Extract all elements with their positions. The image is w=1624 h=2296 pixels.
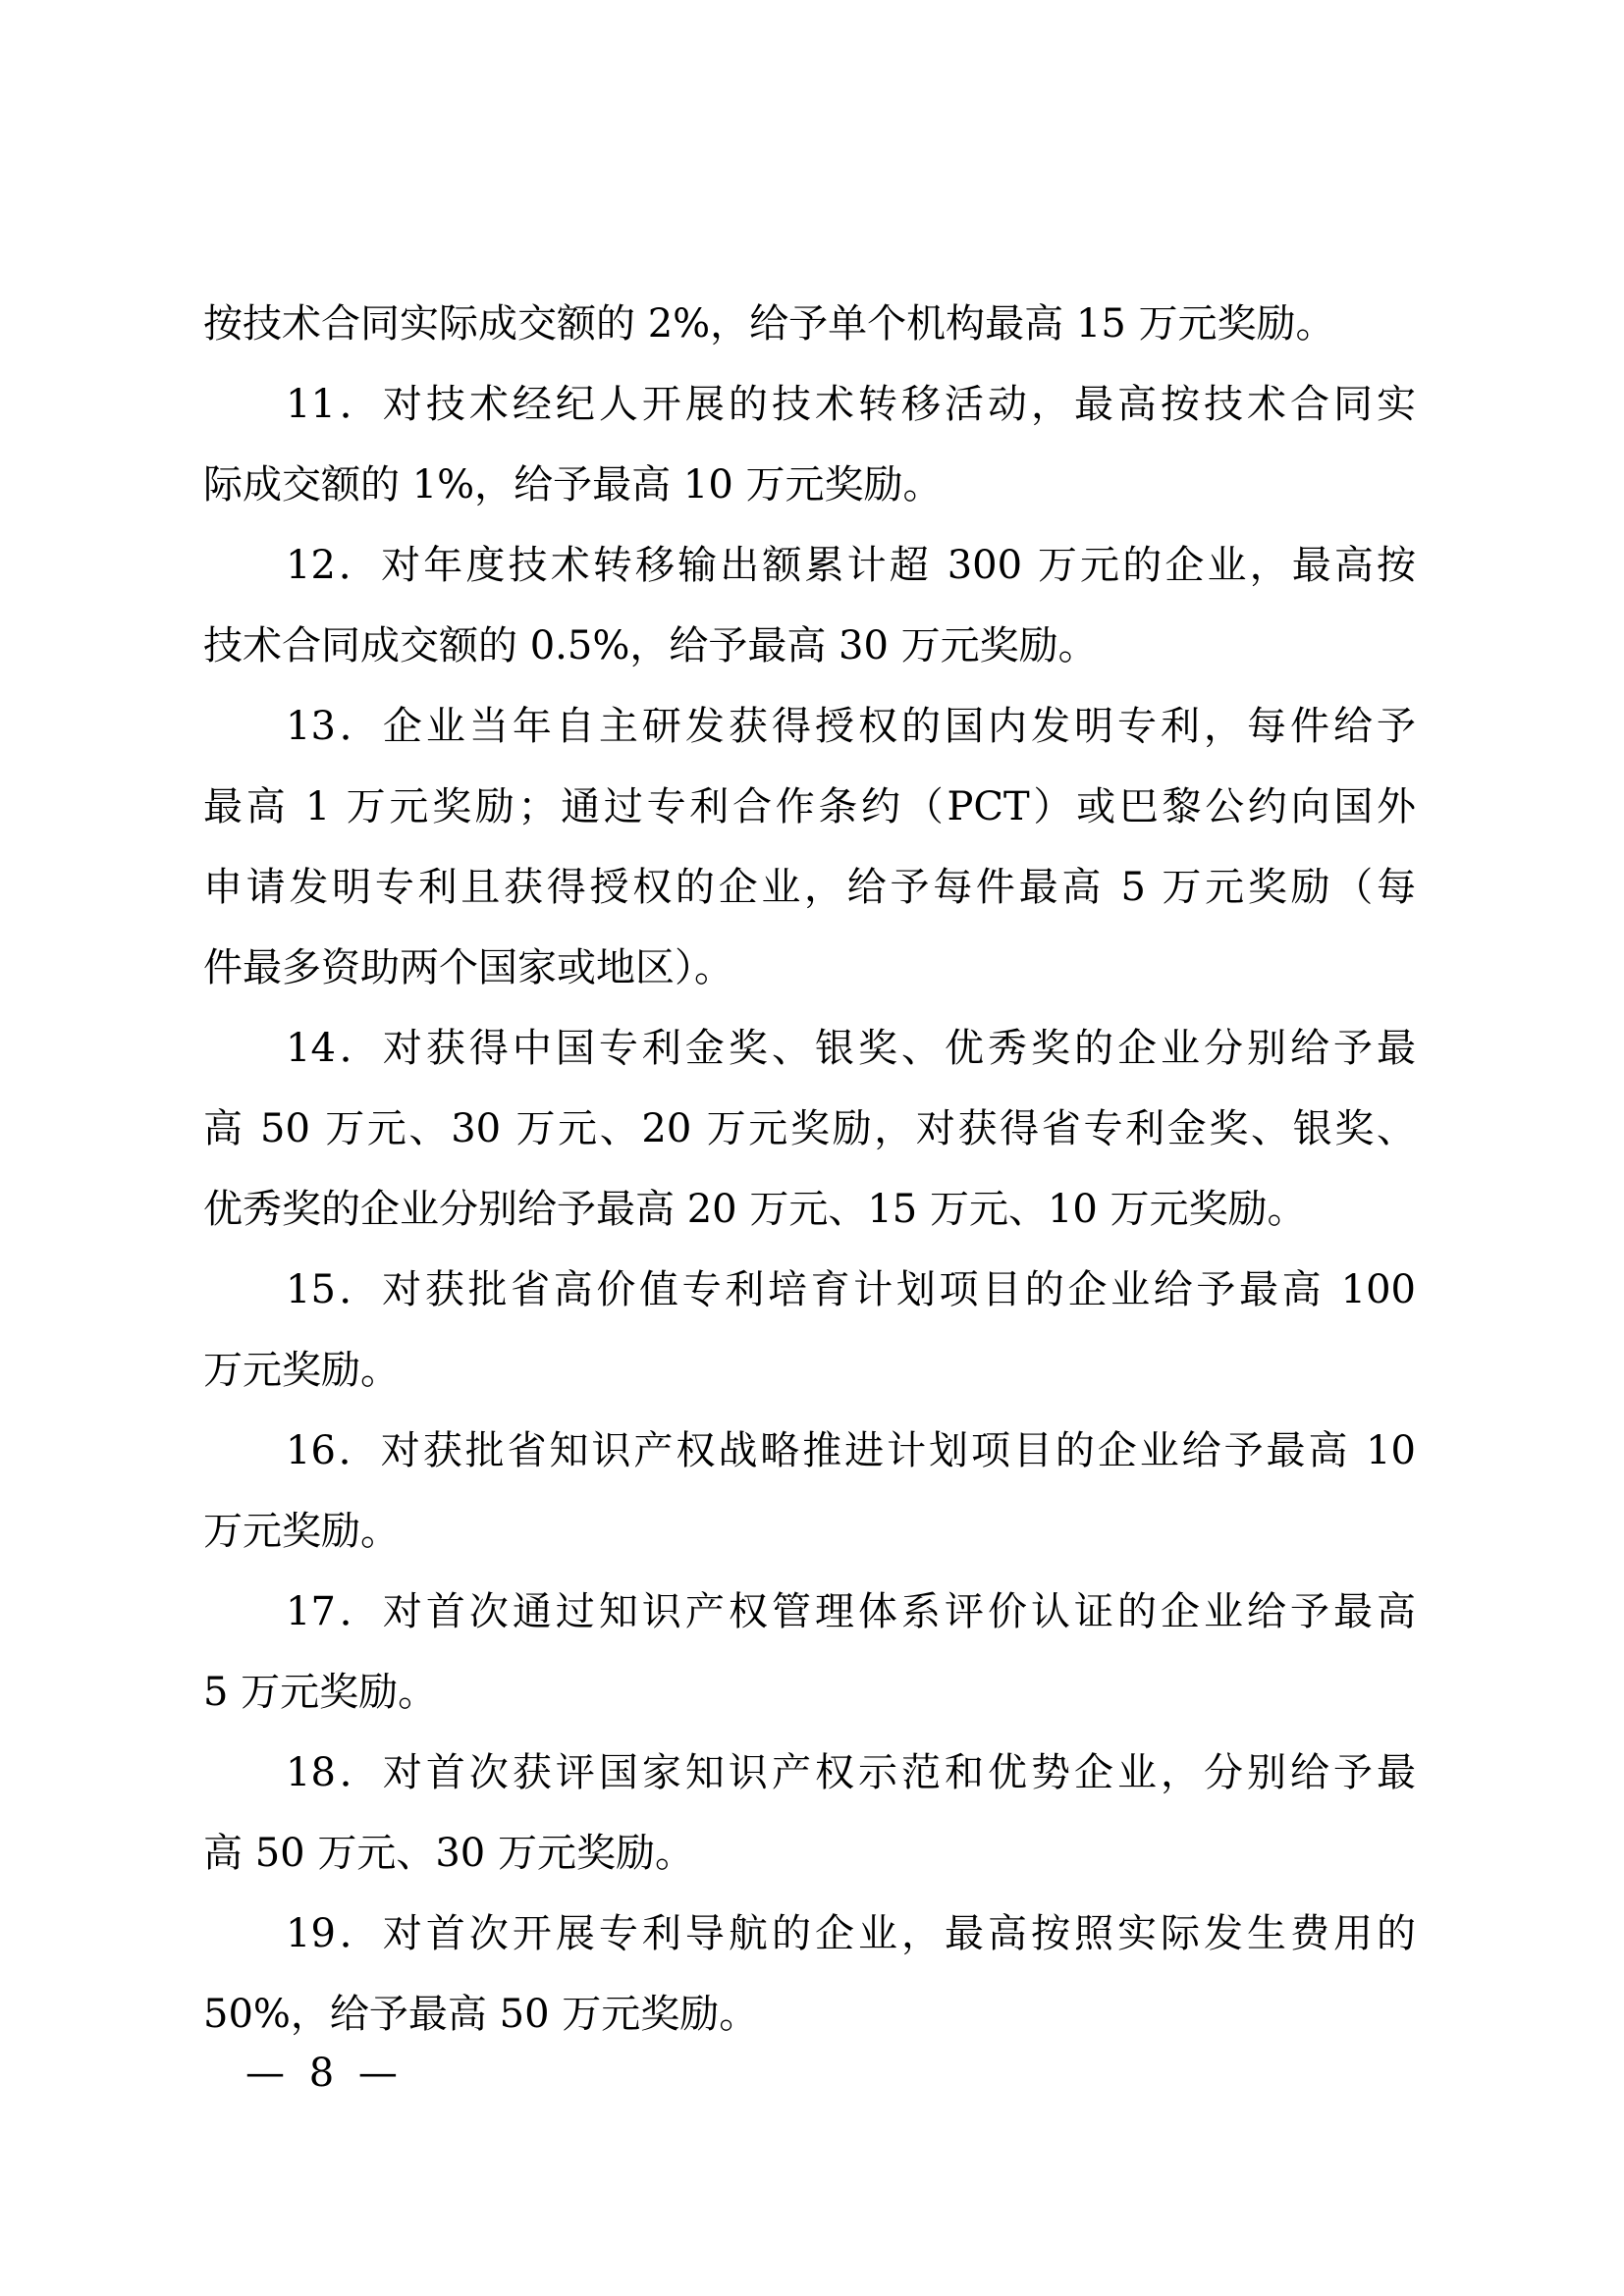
paragraph-13-line-4: 件最多资助两个国家或地区）。 [203, 936, 1416, 1017]
paragraph-15-line-2: 万元奖励。 [203, 1339, 1416, 1419]
paragraph-13-line-1: 13．企业当年自主研发获得授权的国内发明专利，每件给予 [203, 695, 1416, 775]
paragraph-13-line-3: 申请发明专利且获得授权的企业，给予每件最高 5 万元奖励（每 [203, 856, 1416, 936]
paragraph-11-line-2: 际成交额的 1%，给予最高 10 万元奖励。 [203, 454, 1416, 534]
paragraph-16-line-2: 万元奖励。 [203, 1500, 1416, 1580]
paragraph-12-line-1: 12．对年度技术转移输出额累计超 300 万元的企业，最高按 [203, 534, 1416, 614]
paragraph-17-line-2: 5 万元奖励。 [203, 1661, 1416, 1741]
paragraph-12-line-2: 技术合同成交额的 0.5%，给予最高 30 万元奖励。 [203, 614, 1416, 695]
paragraph-13-line-2: 最高 1 万元奖励；通过专利合作条约（PCT）或巴黎公约向国外 [203, 775, 1416, 856]
paragraph-14-line-1: 14．对获得中国专利金奖、银奖、优秀奖的企业分别给予最 [203, 1017, 1416, 1097]
paragraph-19-line-1: 19．对首次开展专利导航的企业，最高按照实际发生费用的 [203, 1902, 1416, 1983]
page-number: — 8 — [245, 2046, 404, 2101]
paragraph-15-line-1: 15．对获批省高价值专利培育计划项目的企业给予最高 100 [203, 1258, 1416, 1339]
paragraph-18-line-1: 18．对首次获评国家知识产权示范和优势企业，分别给予最 [203, 1741, 1416, 1822]
paragraph-14-line-2: 高 50 万元、30 万元、20 万元奖励，对获得省专利金奖、银奖、 [203, 1097, 1416, 1178]
document-body: 按技术合同实际成交额的 2%，给予单个机构最高 15 万元奖励。 11．对技术经… [203, 293, 1416, 2063]
paragraph-11-line-1: 11．对技术经纪人开展的技术转移活动，最高按技术合同实 [203, 373, 1416, 454]
paragraph-16-line-1: 16．对获批省知识产权战略推进计划项目的企业给予最高 10 [203, 1419, 1416, 1500]
paragraph-17-line-1: 17．对首次通过知识产权管理体系评价认证的企业给予最高 [203, 1580, 1416, 1661]
paragraph-10-continuation-line-1: 按技术合同实际成交额的 2%，给予单个机构最高 15 万元奖励。 [203, 293, 1416, 373]
paragraph-18-line-2: 高 50 万元、30 万元奖励。 [203, 1822, 1416, 1902]
paragraph-14-line-3: 优秀奖的企业分别给予最高 20 万元、15 万元、10 万元奖励。 [203, 1178, 1416, 1258]
